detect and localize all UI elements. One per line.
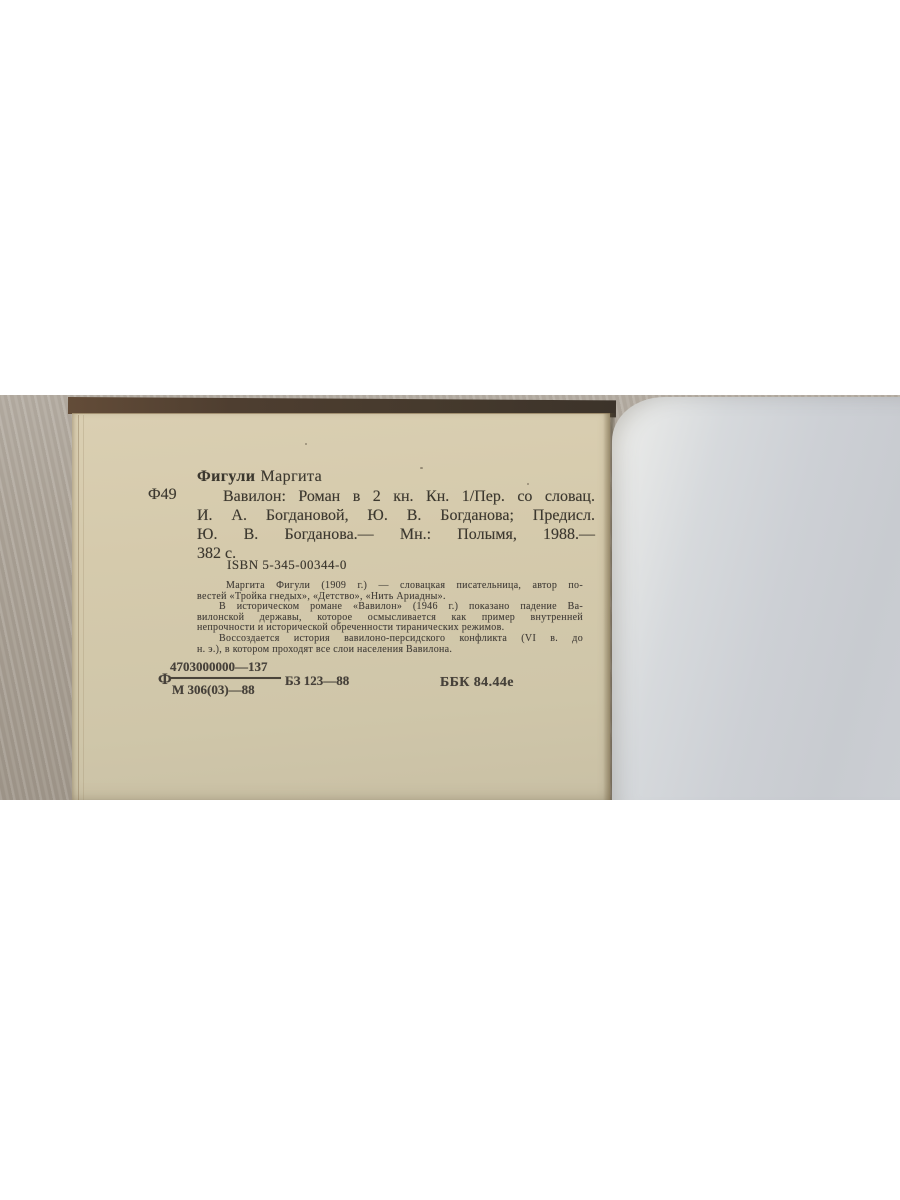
page-edge-line xyxy=(78,415,79,800)
annotation-line: н. э.), в котором проходят все слои насе… xyxy=(197,645,583,656)
bibliographic-line: Ю. В. Богданова.— Мн.: Полымя, 1988.— xyxy=(197,525,595,544)
author-surname: Фигули xyxy=(197,468,255,485)
isbn-line: ISBN 5-345-00344-0 xyxy=(227,557,347,573)
annotation-line: Маргита Фигули (1909 г.) — словацкая пис… xyxy=(197,581,583,592)
fraction-rule xyxy=(169,677,281,679)
bibliographic-line: И. А. Богдановой, Ю. В. Богданова; Преди… xyxy=(197,506,595,525)
screenshot-canvas: ФигулиМаргита Ф49 Вавилон: Роман в 2 кн.… xyxy=(0,0,900,1200)
annotation-text: Маргита Фигули (1909 г.) — словацкая пис… xyxy=(197,581,583,655)
page-edge-line xyxy=(83,415,84,800)
book-photo: ФигулиМаргита Ф49 Вавилон: Роман в 2 кн.… xyxy=(0,395,900,800)
facing-blank-page xyxy=(612,397,900,800)
catalog-denominator: М 306(03)—88 xyxy=(172,682,255,698)
catalog-series-code: БЗ 123—88 xyxy=(285,673,349,689)
bibliographic-line: Вавилон: Роман в 2 кн. Кн. 1/Пер. со сло… xyxy=(197,487,595,506)
paper-speck xyxy=(527,483,529,485)
author-line: ФигулиМаргита xyxy=(197,468,322,486)
paper-speck xyxy=(420,467,423,469)
paper-speck xyxy=(305,443,307,445)
bbk-code: ББК 84.44е xyxy=(440,675,514,691)
classification-code: Ф49 xyxy=(148,486,177,504)
annotation-line: Воссоздается история вавилоно-персидског… xyxy=(197,634,583,645)
catalog-numerator: 4703000000—137 xyxy=(170,659,268,675)
author-given-name: Маргита xyxy=(261,468,323,485)
bibliographic-description: Вавилон: Роман в 2 кн. Кн. 1/Пер. со сло… xyxy=(197,487,595,563)
